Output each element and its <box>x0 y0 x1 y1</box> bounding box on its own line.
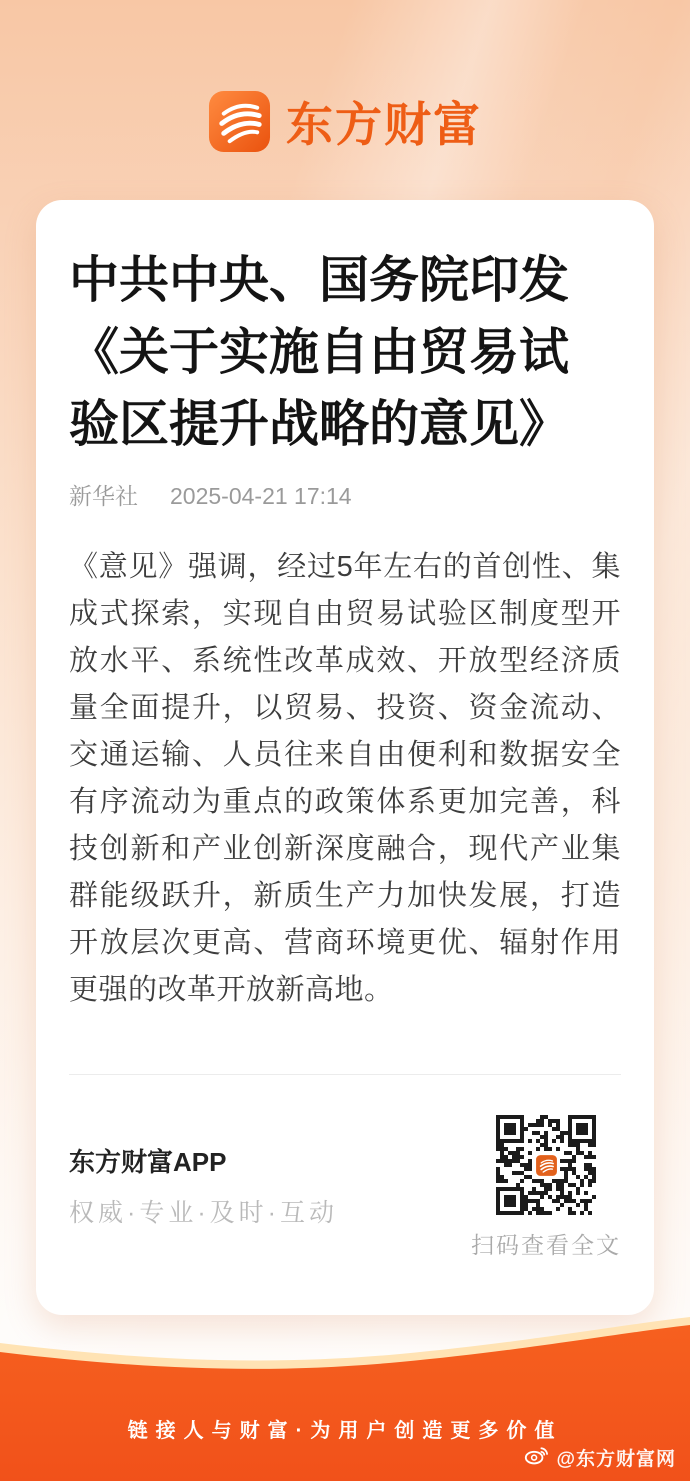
article-byline: 新华社 2025-04-21 17:14 <box>69 480 621 512</box>
article-source: 新华社 <box>69 480 138 512</box>
app-name: 东方财富APP <box>69 1145 338 1179</box>
article-title: 中共中央、国务院印发 《关于实施自由贸易试 验区提升战略的意见》 <box>69 244 621 460</box>
brand-name: 东方财富 <box>286 88 482 155</box>
article-body: 《意见》强调，经过5年左右的首创性、集成式探索，实现自由贸易试验区制度型开放水平… <box>69 544 621 1014</box>
app-promo-text: 东方财富APP 权威·专业·及时·互动 <box>69 1115 338 1229</box>
divider <box>69 1074 621 1075</box>
footer-watermark: @东方财富网 <box>524 1443 676 1471</box>
brand-header: 东方财富 <box>0 88 690 155</box>
article-timestamp: 2025-04-21 17:14 <box>170 480 352 512</box>
footer: 链接人与财富·为用户创造更多价值 @东方财富网 <box>0 1310 690 1481</box>
article-card: 中共中央、国务院印发 《关于实施自由贸易试 验区提升战略的意见》 新华社 202… <box>36 200 654 1315</box>
qr-block: 扫码查看全文 <box>471 1115 621 1260</box>
article-title-line: 《关于实施自由贸易试 <box>69 324 569 380</box>
qr-caption: 扫码查看全文 <box>471 1227 621 1260</box>
footer-slogan: 链接人与财富·为用户创造更多价值 <box>0 1414 690 1443</box>
share-card-page: 东方财富 中共中央、国务院印发 《关于实施自由贸易试 验区提升战略的意见》 新华… <box>0 0 690 1481</box>
footer-watermark-text: @东方财富网 <box>556 1444 676 1471</box>
app-promo-row: 东方财富APP 权威·专业·及时·互动 扫码查看全文 <box>69 1115 621 1260</box>
article-title-line: 中共中央、国务院印发 <box>69 252 569 308</box>
qr-code <box>496 1115 596 1215</box>
weibo-icon <box>524 1443 550 1471</box>
app-slogan: 权威·专业·及时·互动 <box>69 1197 338 1229</box>
article-title-line: 验区提升战略的意见》 <box>69 396 569 452</box>
eastmoney-logo-icon <box>208 90 271 153</box>
qr-center-logo-icon <box>496 1115 596 1215</box>
